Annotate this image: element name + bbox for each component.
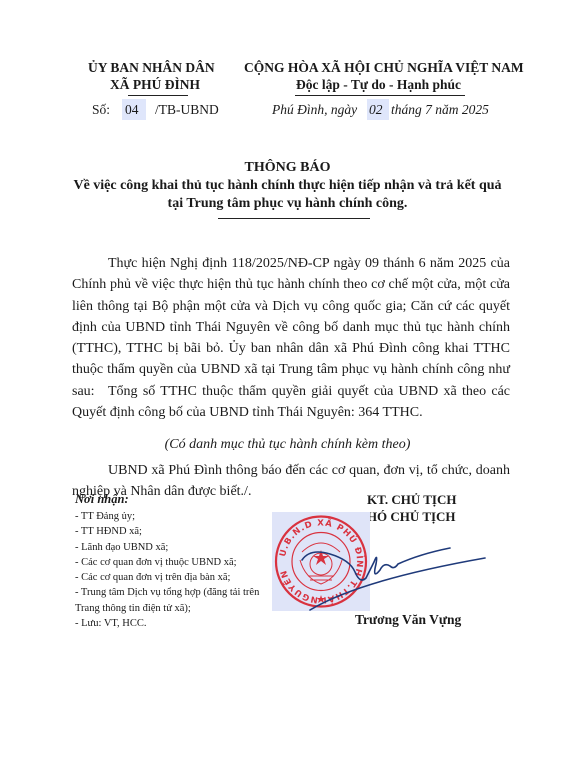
paragraph-1-text: Thực hiện Nghị định 118/2025/NĐ-CP ngày … [72,256,510,399]
body-paragraph-1: Thực hiện Nghị định 118/2025/NĐ-CP ngày … [72,253,510,402]
document-subject-line1: Về việc công khai thủ tục hành chính thự… [0,178,575,194]
date-day-field[interactable]: 02 [367,99,389,120]
commune-name: XÃ PHÚ ĐÌNH [110,77,200,93]
body-paragraph-2: Tổng số TTHC thuộc thẩm quyền giải quyết… [72,381,510,424]
document-number-field[interactable]: 04 [122,99,146,120]
signer-name: Trương Văn Vựng [355,612,461,628]
document-number-suffix: /TB-UBND [155,102,219,118]
national-motto: Độc lập - Tự do - Hạnh phúc [296,77,461,93]
place-date-prefix: Phú Đình, ngày [272,102,357,118]
recipient-item: - Trung tâm Dịch vụ tổng hợp (đăng tải t… [75,585,259,600]
recipient-item: - TT HĐND xã; [75,524,259,539]
national-title: CỘNG HÒA XÃ HỘI CHỦ NGHĨA VIỆT NAM [244,60,524,76]
org-name: ỦY BAN NHÂN DÂN [88,60,215,76]
signature-authority: KT. CHỦ TỊCH [367,492,456,508]
recipient-item: - Lưu: VT, HCC. [75,616,259,631]
org-underline [128,95,188,96]
motto-underline [295,95,465,96]
handwritten-signature-icon [300,540,490,615]
document-type-title: THÔNG BÁO [0,160,575,176]
recipient-item: - Lãnh đạo UBND xã; [75,540,259,555]
document-subject-line2: tại Trung tâm phục vụ hành chính công. [0,196,575,212]
paragraph-2-text: Tổng số TTHC thuộc thẩm quyền giải quyết… [72,384,510,420]
recipient-item: - TT Đảng ủy; [75,509,259,524]
title-underline [218,218,370,219]
recipient-item: Trang thông tin điện tử xã); [75,601,259,616]
recipient-item: - Các cơ quan đơn vị thuộc UBND xã; [75,555,259,570]
attachment-note: (Có danh mục thủ tục hành chính kèm theo… [0,437,575,453]
date-month-year: tháng 7 năm 2025 [391,102,489,118]
recipients-title: Nơi nhận: [75,492,129,507]
signature-title: PHÓ CHỦ TỊCH [359,509,456,525]
recipients-list: - TT Đảng ủy; - TT HĐND xã; - Lãnh đạo U… [75,509,259,631]
recipient-item: - Các cơ quan đơn vị trên địa bàn xã; [75,570,259,585]
document-number-label: Số: [92,102,110,118]
